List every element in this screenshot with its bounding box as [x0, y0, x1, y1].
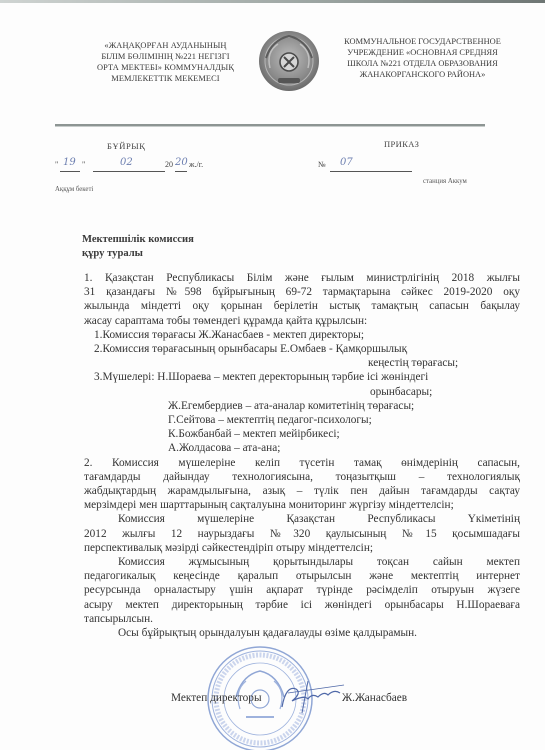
member-list-item: А.Жолдасова – ата-ана; [84, 441, 520, 455]
header-org-ru-line: КОММУНАЛЬНОЕ ГОСУДАРСТВЕННОЕ [330, 36, 515, 47]
date-suffix: ж./г. [189, 160, 203, 169]
body-line: жабдықтардың жарамдылығына, азық – түлік… [84, 484, 520, 498]
date-year-suffix: 20 [175, 157, 188, 168]
date-close-quote: " [82, 160, 85, 169]
month-underline [93, 171, 165, 172]
order-number: 07 [340, 157, 353, 168]
number-label: № [318, 160, 326, 169]
member-item-cont: кеңестің төрағасы; [84, 356, 520, 370]
body-line: ресурсында орналастыру үшін ақпарат түрі… [84, 583, 520, 597]
body-line: тағамдарды дайындау технологиясына, тоңа… [84, 470, 520, 484]
date-month: 02 [120, 157, 133, 168]
body-line: Комиссия мүшелеріне Қазақстан Республика… [84, 512, 520, 526]
member-list-item: Г.Сейтова – мектептің педагог-психологы; [84, 413, 520, 427]
header-org-kz-line: БІЛІМ БӨЛІМІНІҢ №221 НЕГІЗГІ [78, 51, 253, 62]
member-list-item: К.Божбанбай – мектеп мейірбикесі; [84, 427, 520, 441]
body-line: 2012 жылғы 12 наурыздағы №320 қаулысының… [84, 527, 520, 541]
body-line: Комиссия жұмысының қорытындылары тоқсан … [84, 555, 520, 569]
body-line: тапсырылсын. [84, 612, 520, 626]
header-org-ru-line: ЖАНАКОРГАНСКОГО РАЙОНА» [330, 69, 515, 80]
body-line: 31 қазандағы №598 бұйрығының 69-72 тарма… [84, 285, 520, 299]
date-field: " 19 " 02 20 20 ж./г. [55, 158, 255, 174]
subject-line: құру туралы [82, 247, 194, 261]
header-divider-shadow [55, 126, 485, 127]
header-org-ru-line: ШКОЛА №221 ОТДЕЛА ОБРАЗОВАНИЯ [330, 58, 515, 69]
date-day: 19 [63, 157, 76, 168]
order-body: 1. Қазақстан Республикасы Білім және ғыл… [84, 271, 520, 640]
member-item: 2.Комиссия төрағасының орынбасары Е.Омба… [84, 342, 520, 356]
body-line: перспективалық мәзірді сәйкестендіріп от… [84, 541, 520, 555]
body-line: мерзімдері мен шарттарының сақталуына мо… [84, 498, 520, 512]
body-line: жасау сараптама тобы төмендегі құрамда қ… [84, 314, 520, 328]
header-org-kz: «ЖАҢАҚОРҒАН АУДАНЫНЫҢ БІЛІМ БӨЛІМІНІҢ №2… [78, 40, 253, 84]
doc-type-kz: БҰЙРЫҚ [107, 141, 146, 151]
member-item-cont: орынбасары; [84, 385, 520, 399]
body-line: 2. Комиссия мүшелеріне келіп түсетін там… [84, 456, 520, 470]
header-org-kz-line: «ЖАҢАҚОРҒАН АУДАНЫНЫҢ [78, 40, 253, 51]
body-line: асыру мектеп директорының тәрбие ісі жөн… [84, 598, 520, 612]
doc-type-ru: ПРИКАЗ [384, 139, 419, 149]
day-underline [60, 171, 80, 172]
body-line: педагогикалық кеңесінде қаралып отырылсы… [84, 569, 520, 583]
scan-top-edge [0, 0, 545, 3]
signatory-name: Ж.Жанасбаев [342, 692, 407, 704]
year-underline [175, 171, 187, 172]
document-page: «ЖАҢАҚОРҒАН АУДАНЫНЫҢ БІЛІМ БӨЛІМІНІҢ №2… [0, 0, 545, 750]
subject-line: Мектепшілік комиссия [82, 233, 194, 247]
date-year-prefix: 20 [165, 160, 173, 169]
place-ru: станция Аккум [423, 178, 467, 185]
place-kz: Аққұм бекеті [55, 186, 93, 193]
member-item: 3.Мүшелері: Н.Шораева – мектеп деректоры… [84, 370, 520, 384]
member-item: 1.Комиссия төрағасы Ж.Жанасбаев - мектеп… [84, 328, 520, 342]
order-subject: Мектепшілік комиссия құру туралы [82, 233, 194, 261]
state-emblem-icon [258, 28, 320, 94]
header-org-ru-line: УЧРЕЖДЕНИЕ «ОСНОВНАЯ СРЕДНЯЯ [330, 47, 515, 58]
date-open-quote: " [55, 160, 58, 169]
signatory-title: Мектеп директоры [171, 692, 262, 704]
header-org-ru: КОММУНАЛЬНОЕ ГОСУДАРСТВЕННОЕ УЧРЕЖДЕНИЕ … [330, 36, 515, 80]
body-line: Осы бұйрықтың орындалуын қадағалауды өзі… [84, 626, 520, 640]
body-line: жылында міндетті оқу қорынан берілетін ы… [84, 299, 520, 313]
body-line: 1. Қазақстан Республикасы Білім және ғыл… [84, 271, 520, 285]
order-number-field: № 07 [318, 158, 438, 174]
number-underline [330, 171, 412, 172]
header-org-kz-line: МЕМЛЕКЕТТІК МЕКЕМЕСІ [78, 73, 253, 84]
member-list-item: Ж.Егембердиев – ата-аналар комитетінің т… [84, 399, 520, 413]
header-org-kz-line: ОРТА МЕКТЕБІ» КОММУНАЛДЫҚ [78, 62, 253, 73]
signature-block: Мектеп директоры Ж.Жанасбаев [171, 692, 491, 704]
